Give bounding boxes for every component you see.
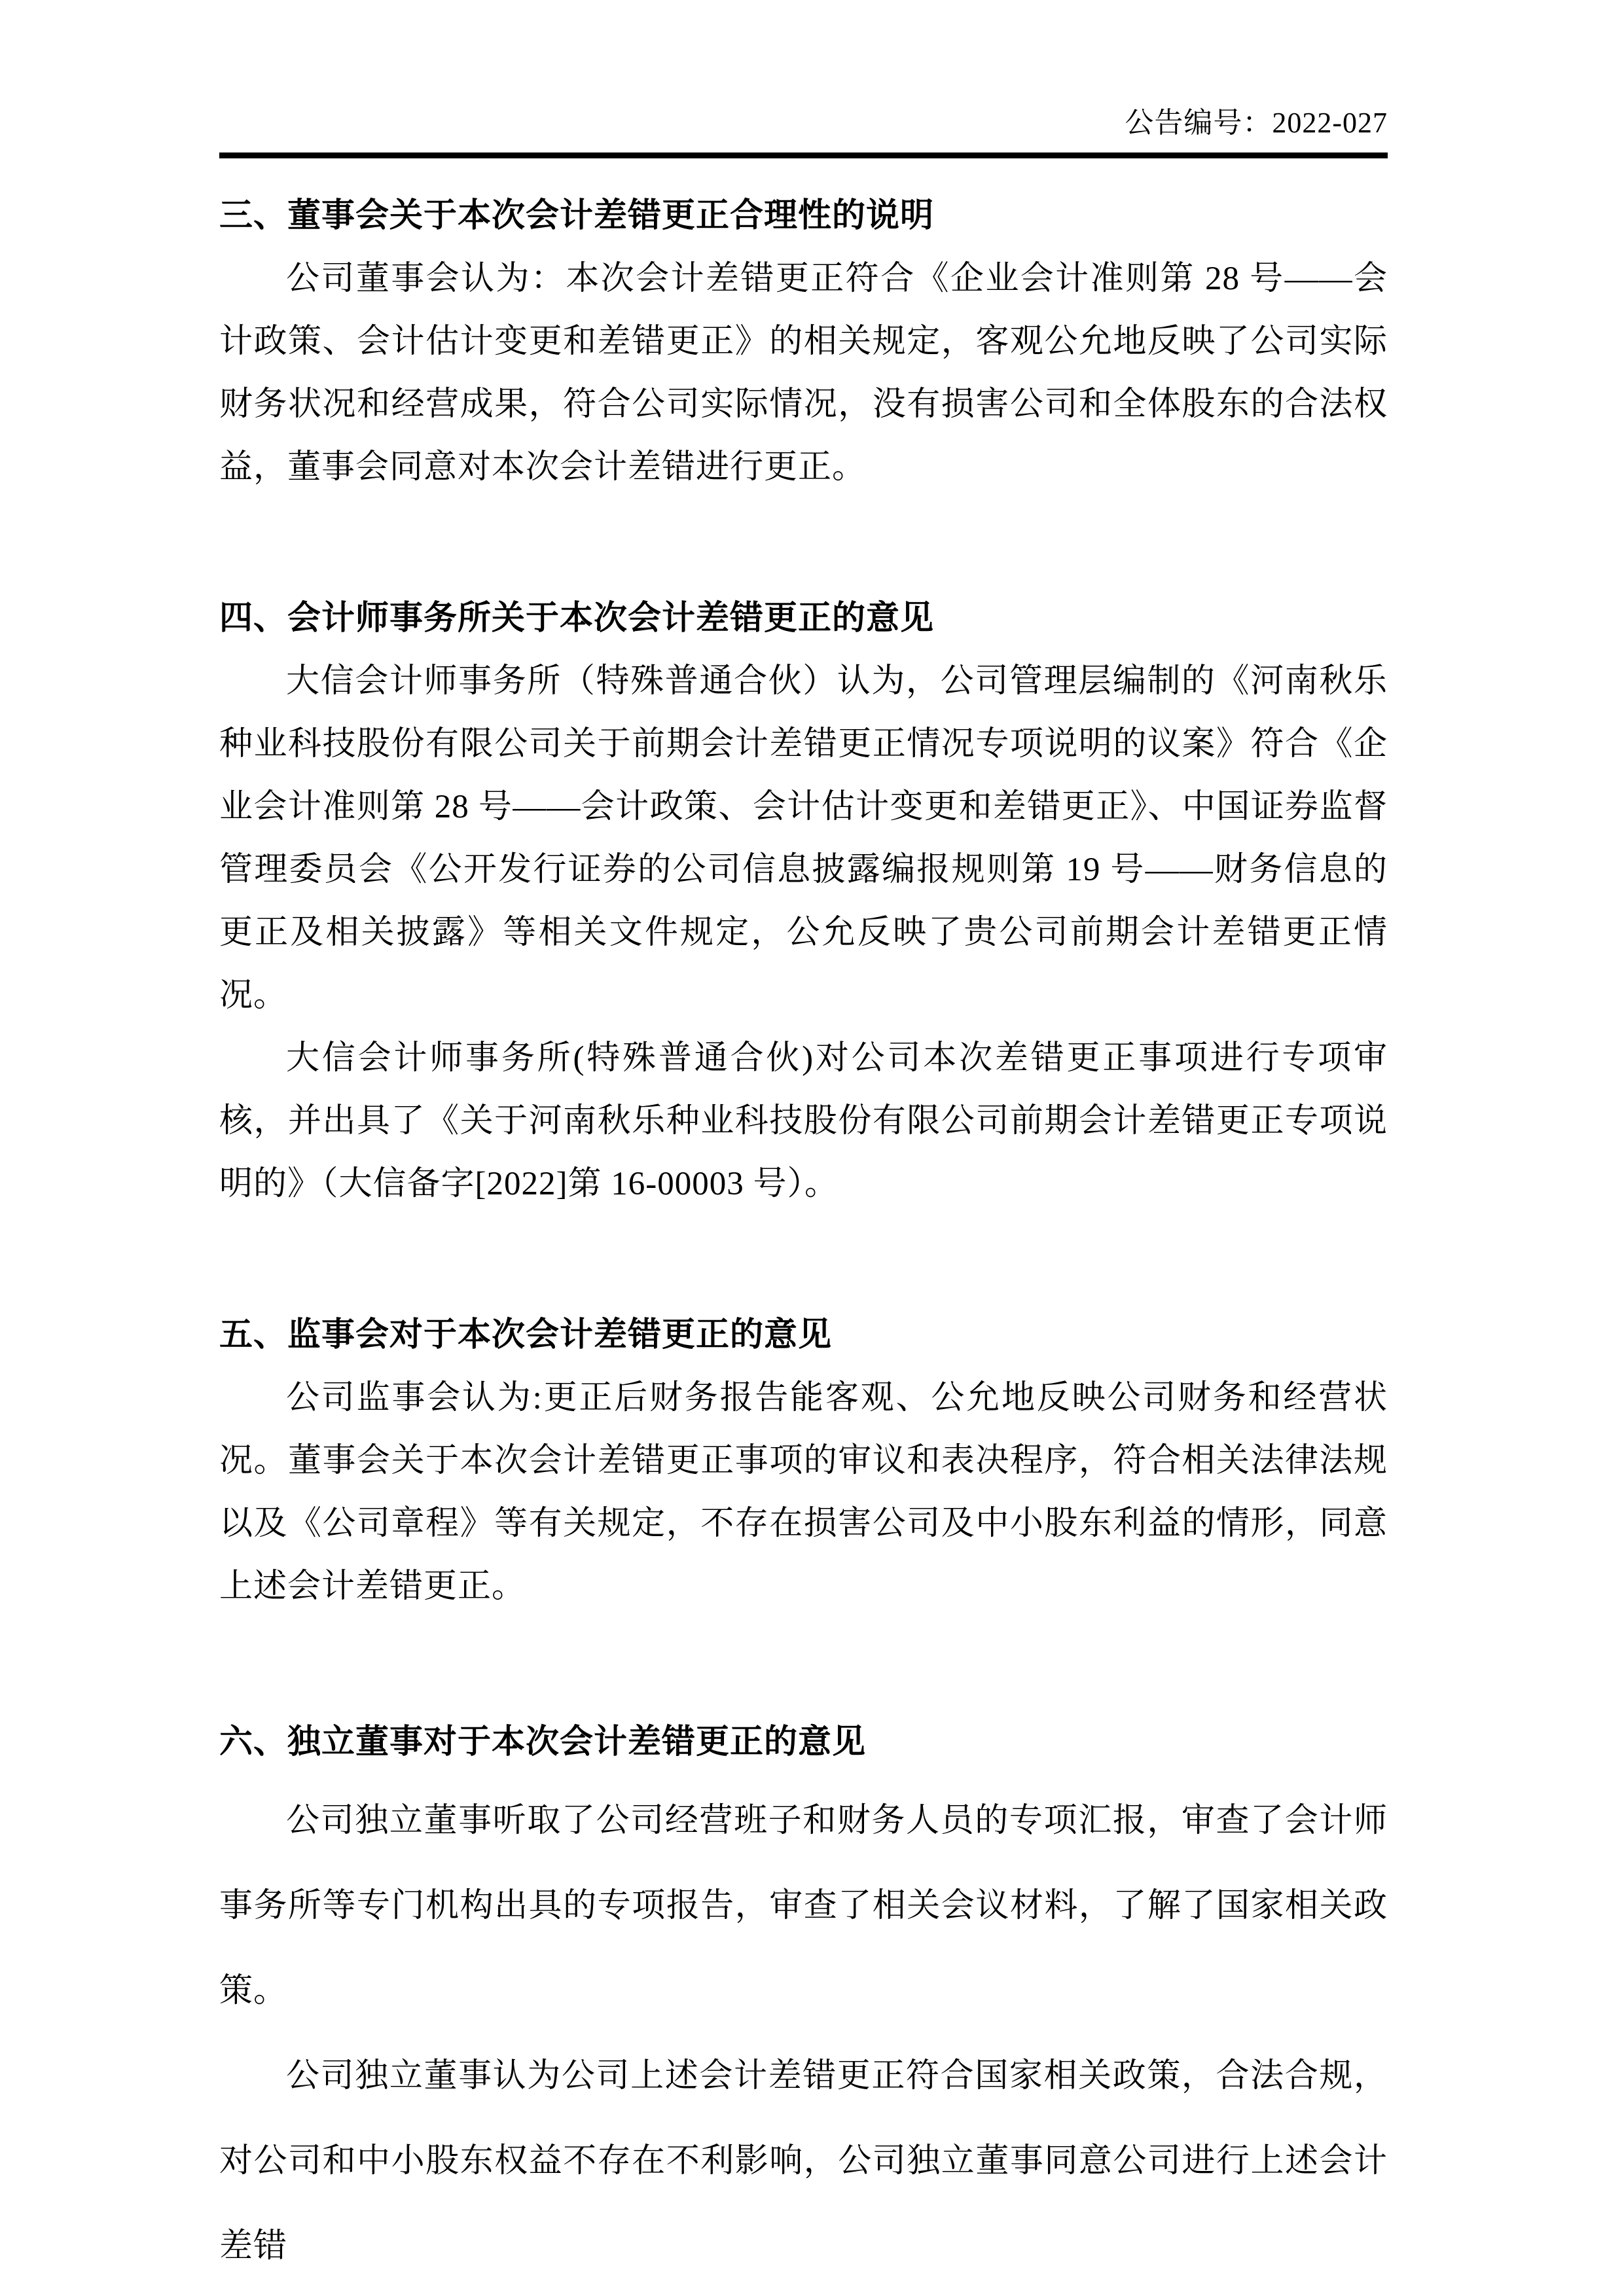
section-paragraph: 大信会计师事务所（特殊普通合伙）认为，公司管理层编制的《河南秋乐种业科技股份有限… [219,650,1388,1027]
section-heading: 四、会计师事务所关于本次会计差错更正的意见 [219,587,1388,650]
header-rule [219,152,1388,158]
section-paragraph: 公司董事会认为：本次会计差错更正符合《企业会计准则第 28 号——会计政策、会计… [219,247,1388,499]
section-paragraph: 公司独立董事认为公司上述会计差错更正符合国家相关政策，合法合规，对公司和中小股东… [219,2034,1388,2289]
section-supervisory-board-opinion: 五、监事会对于本次会计差错更正的意见 公司监事会认为:更正后财务报告能客观、公允… [219,1304,1388,1618]
section-board-statement: 三、董事会关于本次会计差错更正合理性的说明 公司董事会认为：本次会计差错更正符合… [219,185,1388,499]
section-paragraph: 大信会计师事务所(特殊普通合伙)对公司本次差错更正事项进行专项审核，并出具了《关… [219,1027,1388,1215]
section-heading: 六、独立董事对于本次会计差错更正的意见 [219,1706,1388,1778]
section-accounting-firm-opinion: 四、会计师事务所关于本次会计差错更正的意见 大信会计师事务所（特殊普通合伙）认为… [219,587,1388,1215]
section-independent-directors-opinion: 六、独立董事对于本次会计差错更正的意见 公司独立董事听取了公司经营班子和财务人员… [219,1706,1388,2289]
section-paragraph: 公司监事会认为:更正后财务报告能客观、公允地反映公司财务和经营状况。董事会关于本… [219,1367,1388,1618]
document-page: 公告编号：2022-027 三、董事会关于本次会计差错更正合理性的说明 公司董事… [0,0,1624,2296]
section-heading: 三、董事会关于本次会计差错更正合理性的说明 [219,185,1388,247]
section-paragraph: 公司独立董事听取了公司经营班子和财务人员的专项汇报，审查了会计师事务所等专门机构… [219,1778,1388,2034]
announcement-number: 公告编号：2022-027 [219,105,1388,141]
section-heading: 五、监事会对于本次会计差错更正的意见 [219,1304,1388,1367]
